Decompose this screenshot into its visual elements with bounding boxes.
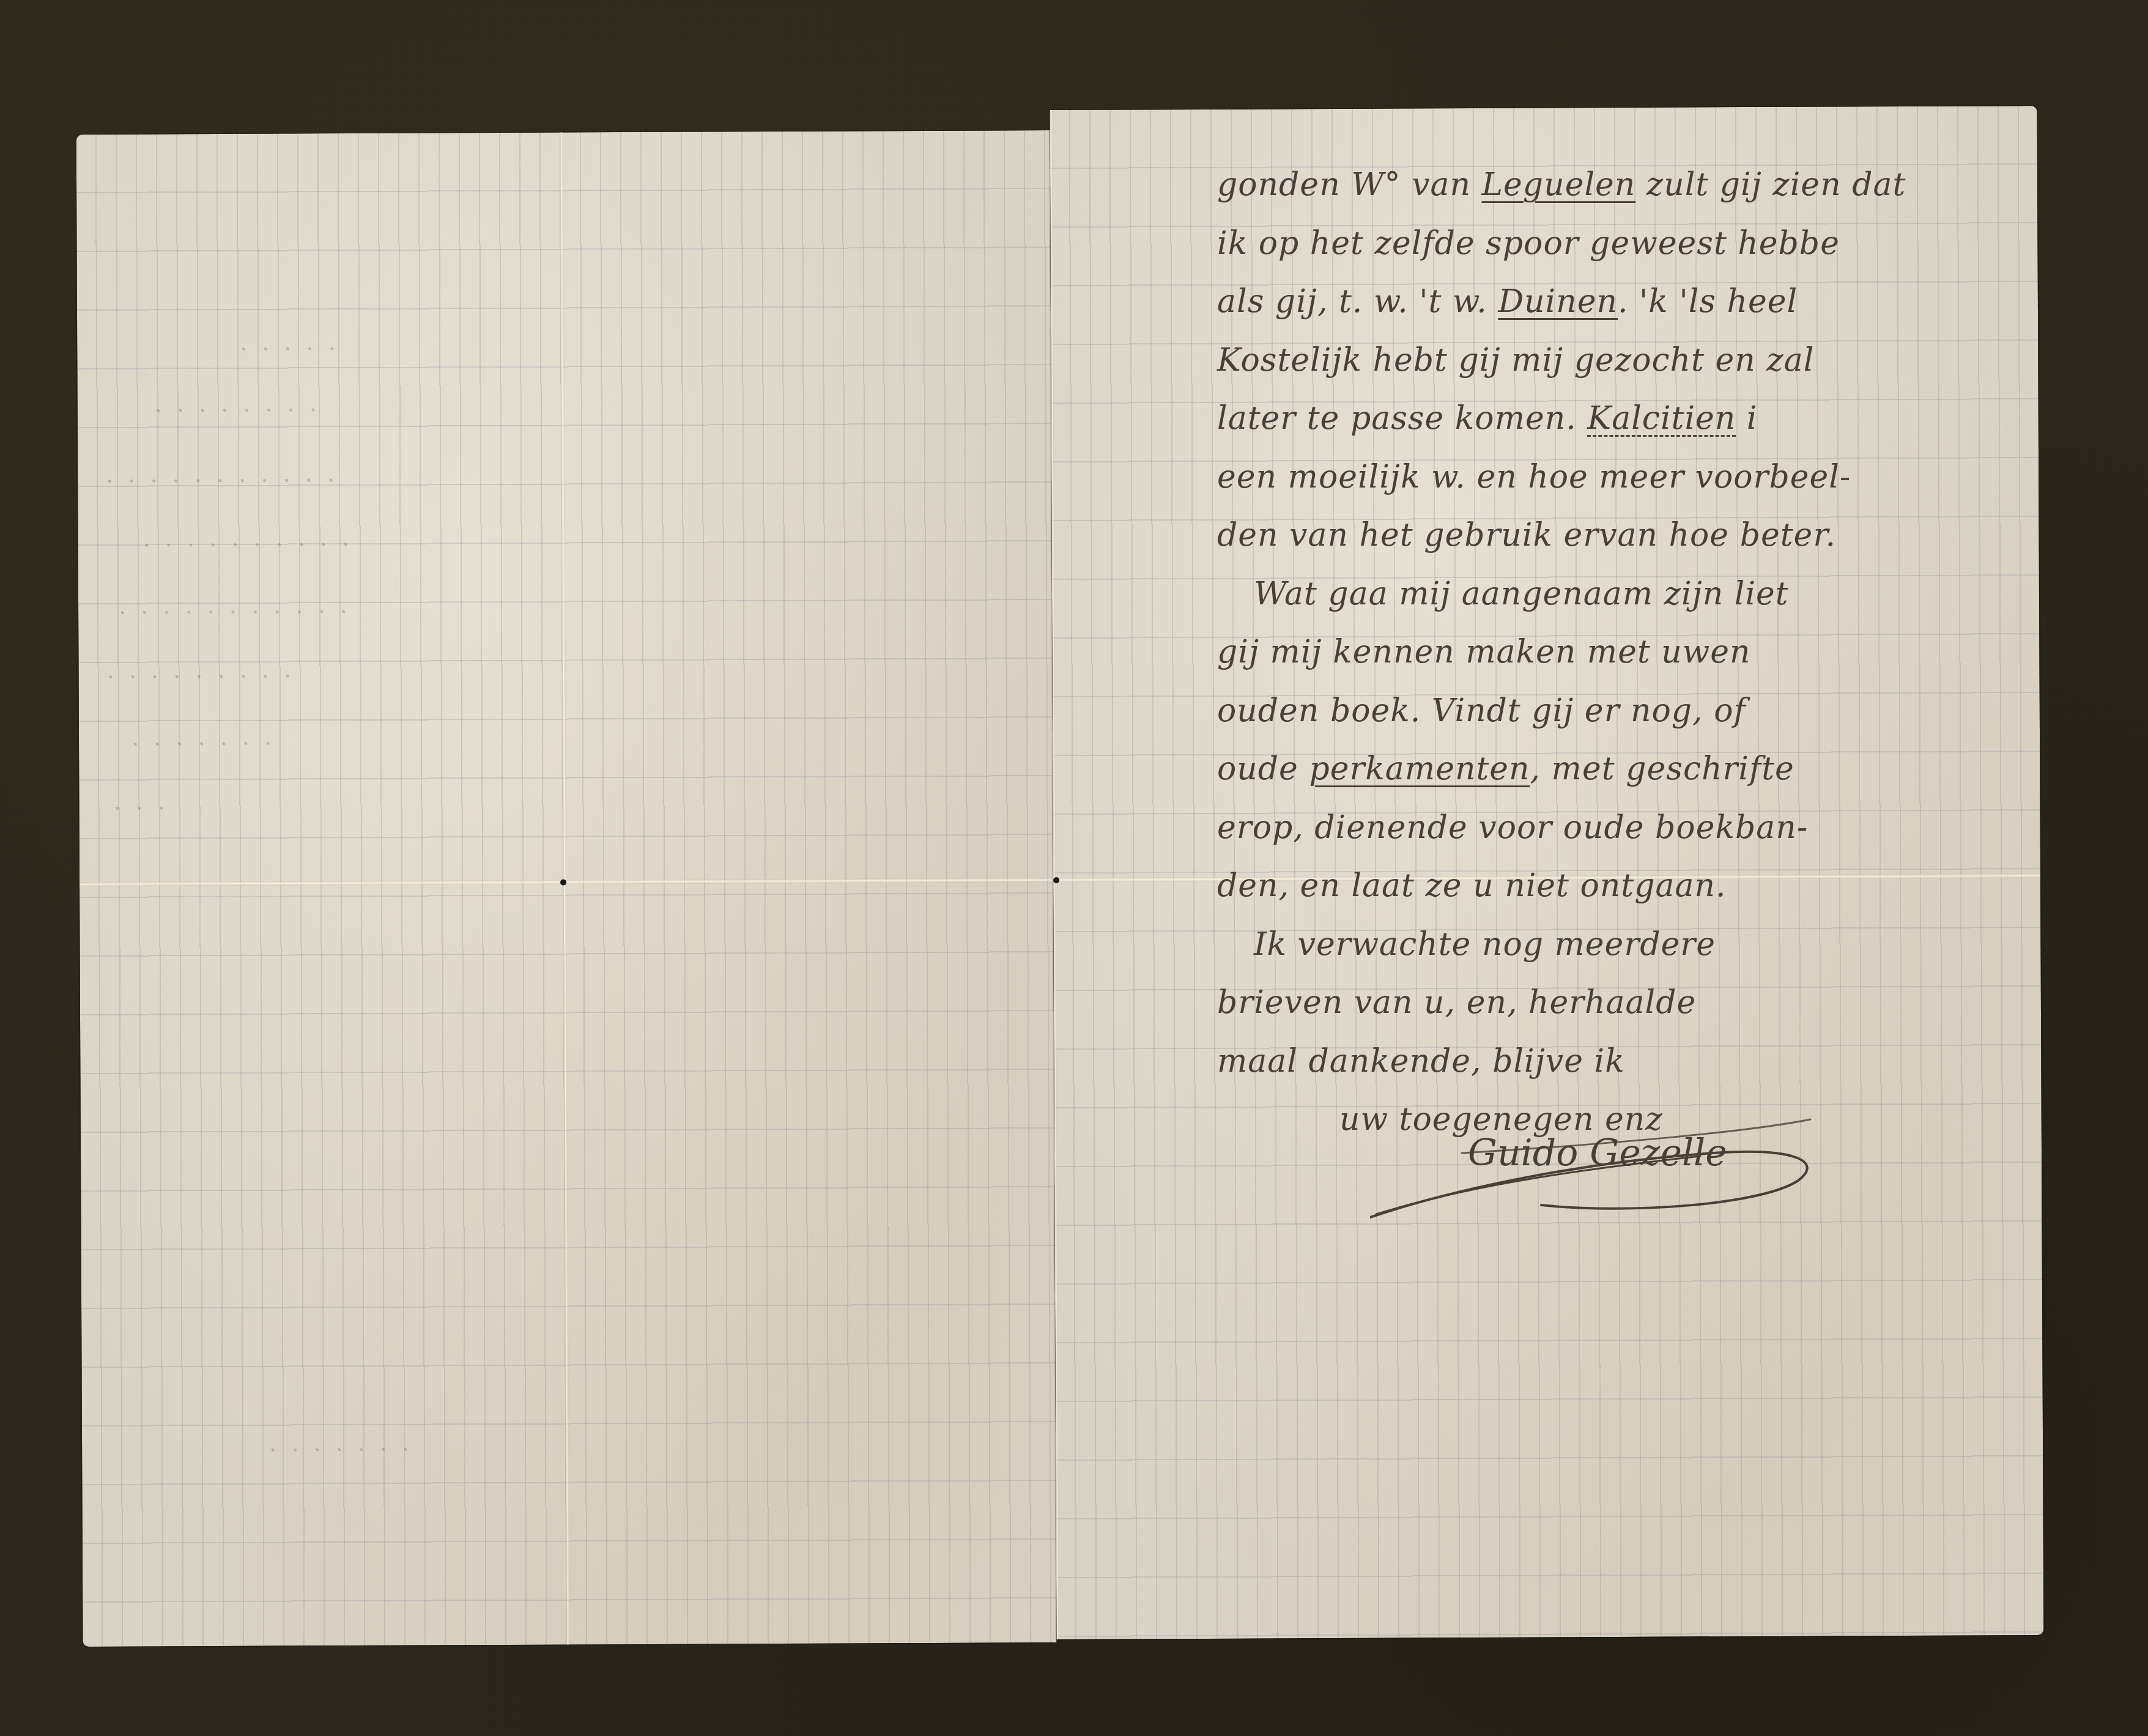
bleed-through-line: · · · · · xyxy=(236,335,336,363)
letter-line: Wat gaa mij aangenaam zijn liet xyxy=(1217,569,2018,628)
text-run: oude xyxy=(1217,751,1309,787)
text-run: ik op het zelfde spoor geweest hebbe xyxy=(1217,225,1840,262)
letter-line: maal dankende, blijve ik xyxy=(1217,1037,2018,1096)
text-run: Kostelijk hebt gij mij gezocht en zal xyxy=(1217,342,1814,379)
text-run: ouden boek. Vindt gij er nog, of xyxy=(1217,692,1746,729)
underlined-word: Duinen xyxy=(1498,283,1618,320)
letter-line: den, en laat ze u niet ontgaan. xyxy=(1217,861,2018,920)
bleed-through-line: · · · · · · · · xyxy=(151,396,317,424)
vertical-fold-left xyxy=(560,133,570,1645)
letter-line: een moeilijk w. en hoe meer voorbeel- xyxy=(1217,453,2018,511)
signature: Guido Gezelle xyxy=(1370,1095,1872,1230)
letter-line: gonden W° van Leguelen zult gij zien dat xyxy=(1217,160,2018,219)
left-page: · · · · · · · · · · · · · · · · · · · · … xyxy=(76,130,1057,1647)
letter-body: gonden W° van Leguelen zult gij zien dat… xyxy=(1217,160,2018,1154)
text-run: erop, dienende voor oude boekban- xyxy=(1217,809,1808,846)
letter-line: ik op het zelfde spoor geweest hebbe xyxy=(1217,219,2018,278)
letter-line: later te passe komen. Kalcitien i xyxy=(1217,394,2018,453)
text-run: later te passe komen. xyxy=(1217,400,1587,437)
text-run: Ik verwachte nog meerdere xyxy=(1254,926,1716,963)
bleed-through-line: · · · · · · · · · xyxy=(103,662,291,690)
underlined-word: perkamenten xyxy=(1309,751,1530,787)
letter-line: den van het gebruik ervan hoe beter. xyxy=(1217,511,2018,569)
bleed-through-line: · · · · · · · · · · · xyxy=(115,598,347,626)
bleed-through-line: · · · · · · · · · · xyxy=(139,531,350,558)
text-run: den van het gebruik ervan hoe beter. xyxy=(1217,517,1836,554)
text-run: als gij, t. w. 't w. xyxy=(1217,283,1498,320)
letter-line: Ik verwachte nog meerdere xyxy=(1217,920,2018,979)
letter-line: als gij, t. w. 't w. Duinen. 'k 'ls heel xyxy=(1217,277,2018,336)
letter-line: ouden boek. Vindt gij er nog, of xyxy=(1217,686,2018,745)
letter-line: Kostelijk hebt gij mij gezocht en zal xyxy=(1217,336,2018,395)
pinhole xyxy=(1053,877,1059,883)
letter-line: brieven van u, en, herhaalde xyxy=(1217,978,2018,1037)
bleed-through-line: · · · xyxy=(109,795,165,822)
text-run: gij mij kennen maken met uwen xyxy=(1217,634,1751,670)
text-run: zult gij zien dat xyxy=(1635,166,1906,203)
bleed-through-line: · · · · · · · xyxy=(128,730,272,758)
text-run: brieven van u, en, herhaalde xyxy=(1217,984,1696,1021)
signature-flourish-icon xyxy=(1370,1095,1872,1230)
text-run: een moeilijk w. en hoe meer voorbeel- xyxy=(1217,459,1851,495)
letter-line: erop, dienende voor oude boekban- xyxy=(1217,803,2018,862)
underlined-word: Leguelen xyxy=(1482,166,1636,203)
bleed-through-line: · · · · · · · xyxy=(265,1436,409,1464)
text-run: gonden W° van xyxy=(1217,166,1482,203)
text-run: . 'k 'ls heel xyxy=(1618,283,1798,320)
text-run: den, en laat ze u niet ontgaan. xyxy=(1217,867,1727,904)
bleed-through-line: · · · · · · · · · · · xyxy=(102,467,335,495)
text-run: , met geschrifte xyxy=(1530,751,1794,787)
pinhole xyxy=(560,880,566,886)
text-run: maal dankende, blijve ik xyxy=(1217,1043,1625,1080)
underlined-word: Kalcitien xyxy=(1587,400,1736,437)
letter-line: oude perkamenten, met geschrifte xyxy=(1217,744,2018,803)
text-run: Wat gaa mij aangenaam zijn liet xyxy=(1254,576,1789,612)
text-run: i xyxy=(1736,400,1757,437)
letter-line: gij mij kennen maken met uwen xyxy=(1217,628,2018,686)
